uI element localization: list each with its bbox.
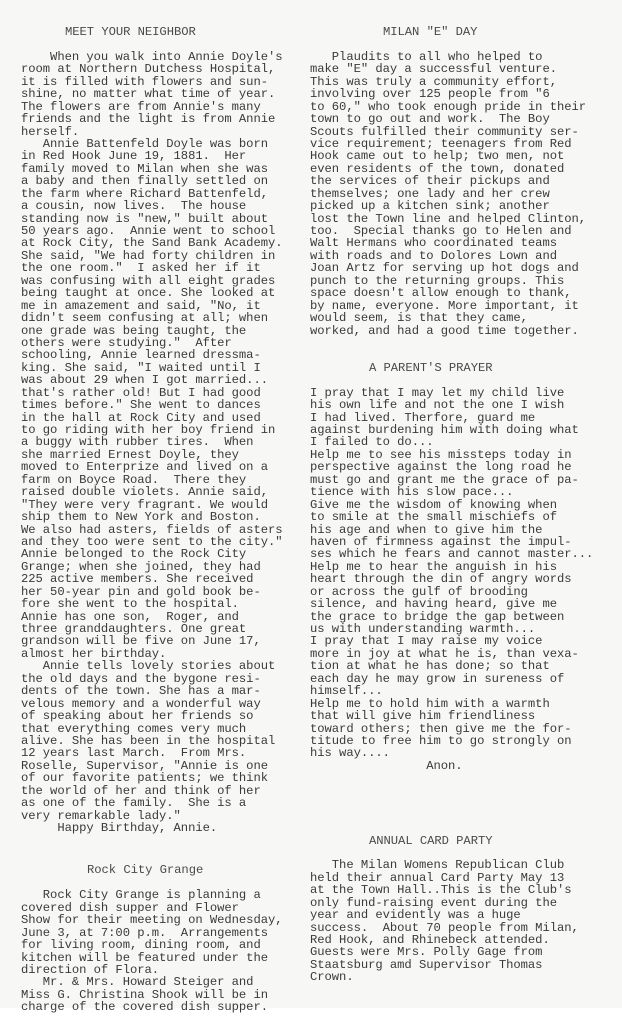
newsletter-page: MEET YOUR NEIGHBOR When you walk into An… bbox=[0, 0, 622, 1008]
article-title: Rock City Grange bbox=[21, 864, 311, 876]
text-line: moved to Enterprize and lived on a bbox=[21, 461, 311, 473]
article-body: When you walk into Annie Doyle'sroom at … bbox=[21, 51, 311, 835]
text-line: Crown. bbox=[310, 971, 620, 983]
article-meet-your-neighbor: MEET YOUR NEIGHBOR When you walk into An… bbox=[21, 26, 311, 834]
article-body: I pray that I may let my child livehis o… bbox=[310, 387, 620, 773]
text-line: of speaking about her friends so bbox=[21, 710, 311, 722]
text-line: Annie tells lovely stories about bbox=[21, 660, 311, 672]
text-line: involving over 125 people from "6 bbox=[310, 88, 620, 100]
text-line: 225 active members. She received bbox=[21, 573, 311, 585]
text-line: picked up a kitchen sink; another bbox=[310, 200, 620, 212]
text-line: a buggy with rubber tires. When bbox=[21, 436, 311, 448]
text-line: as one of the family. She is a bbox=[21, 797, 311, 809]
text-line: his own life and not the one I wish bbox=[310, 399, 620, 411]
text-line: fore she went to the hospital. bbox=[21, 598, 311, 610]
article-title: ANNUAL CARD PARTY bbox=[310, 835, 620, 847]
text-line: in Red Hook June 19, 1881. Her bbox=[21, 150, 311, 162]
text-line: at Rock City, the Sand Bank Academy. bbox=[21, 237, 311, 249]
text-line: charge of the covered dish supper. bbox=[21, 1001, 311, 1013]
text-line: schooling, Annie learned dressma- bbox=[21, 349, 311, 361]
text-line: didn't seem confusing at all; when bbox=[21, 312, 311, 324]
article-annual-card-party: ANNUAL CARD PARTY The Milan Womens Repub… bbox=[310, 835, 620, 984]
text-line: being taught at once. She looked at bbox=[21, 287, 311, 299]
text-line: town to go out and work. The Boy bbox=[310, 113, 620, 125]
left-column: MEET YOUR NEIGHBOR When you walk into An… bbox=[21, 26, 311, 1014]
text-line: the one room." I asked her if it bbox=[21, 262, 311, 274]
article-title: MILAN "E" DAY bbox=[310, 26, 620, 38]
article-body: The Milan Womens Republican Clubheld the… bbox=[310, 859, 620, 983]
text-line: tion at what he has done; so that bbox=[310, 660, 620, 672]
text-line: silence, and having heard, give me bbox=[310, 598, 620, 610]
text-line: space doesn't allow enough to thank, bbox=[310, 287, 620, 299]
text-line: Show for their meeting on Wednesday, bbox=[21, 914, 311, 926]
text-line: Joan Artz for serving up hot dogs and bbox=[310, 262, 620, 274]
text-line: times before." She went to dances bbox=[21, 399, 311, 411]
text-line: ship them to New York and Boston. bbox=[21, 511, 311, 523]
text-line: of our favorite patients; we think bbox=[21, 772, 311, 784]
text-line: Staatsburg amd Supervisor Thomas bbox=[310, 959, 620, 971]
text-line: the services of their pickups and bbox=[310, 175, 620, 187]
text-line: dents of the town. She has a mar- bbox=[21, 685, 311, 697]
article-title: A PARENT'S PRAYER bbox=[310, 362, 620, 374]
text-line: was about 29 when I got married... bbox=[21, 374, 311, 386]
text-line: The Milan Womens Republican Club bbox=[310, 859, 620, 871]
text-line: year and evidently was a huge bbox=[310, 909, 620, 921]
article-body: Plaudits to all who helped tomake "E" da… bbox=[310, 51, 620, 337]
text-line: friends and the light is from Annie bbox=[21, 113, 311, 125]
text-line: raised double violets. Annie said, bbox=[21, 486, 311, 498]
text-line: a cousin, now lives. The house bbox=[21, 200, 311, 212]
right-column: MILAN "E" DAY Plaudits to all who helped… bbox=[310, 26, 620, 984]
text-line: worked, and had a good time together. bbox=[310, 325, 620, 337]
text-line: Annie belonged to the Rock City bbox=[21, 548, 311, 560]
text-line: that will give him friendliness bbox=[310, 710, 620, 722]
article-body: Rock City Grange is planning acovered di… bbox=[21, 889, 311, 1013]
article-rock-city-grange: Rock City Grange Rock City Grange is pla… bbox=[21, 864, 311, 1013]
text-line: for living room, dining room, and bbox=[21, 939, 311, 951]
text-line: Hook came out to help; two men, not bbox=[310, 150, 620, 162]
text-line: Mr. & Mrs. Howard Steiger and bbox=[21, 976, 311, 988]
text-line: 12 years last March. From Mrs. bbox=[21, 747, 311, 759]
text-line: would seem, is that they came, bbox=[310, 312, 620, 324]
text-line: Happy Birthday, Annie. bbox=[21, 822, 311, 834]
text-line: Walt Hermans who coordinated teams bbox=[310, 237, 620, 249]
article-milan-e-day: MILAN "E" DAY Plaudits to all who helped… bbox=[310, 26, 620, 337]
text-line: shine, no matter what time of year. bbox=[21, 88, 311, 100]
text-line: grandson will be five on June 17, bbox=[21, 635, 311, 647]
text-line: tience with his slow pace... bbox=[310, 486, 620, 498]
text-line: room at Northern Dutchess Hospital, bbox=[21, 63, 311, 75]
text-line: at the Town Hall..This is the Club's bbox=[310, 884, 620, 896]
text-line: make "E" day a successful venture. bbox=[310, 63, 620, 75]
text-line: ses which he fears and cannot master... bbox=[310, 548, 620, 560]
text-line: Anon. bbox=[310, 760, 620, 772]
text-line: heart through the din of angry words bbox=[310, 573, 620, 585]
text-line: himself... bbox=[310, 685, 620, 697]
article-a-parents-prayer: A PARENT'S PRAYER I pray that I may let … bbox=[310, 362, 620, 772]
text-line: to smile at the small mischiefs of bbox=[310, 511, 620, 523]
article-title: MEET YOUR NEIGHBOR bbox=[21, 26, 311, 38]
text-line: Rock City Grange is planning a bbox=[21, 889, 311, 901]
text-line: his way.... bbox=[310, 747, 620, 759]
text-line: perspective against the long road he bbox=[310, 461, 620, 473]
text-line: a baby and then finally settled on bbox=[21, 175, 311, 187]
text-line: Guests were Mrs. Polly Gage from bbox=[310, 946, 620, 958]
